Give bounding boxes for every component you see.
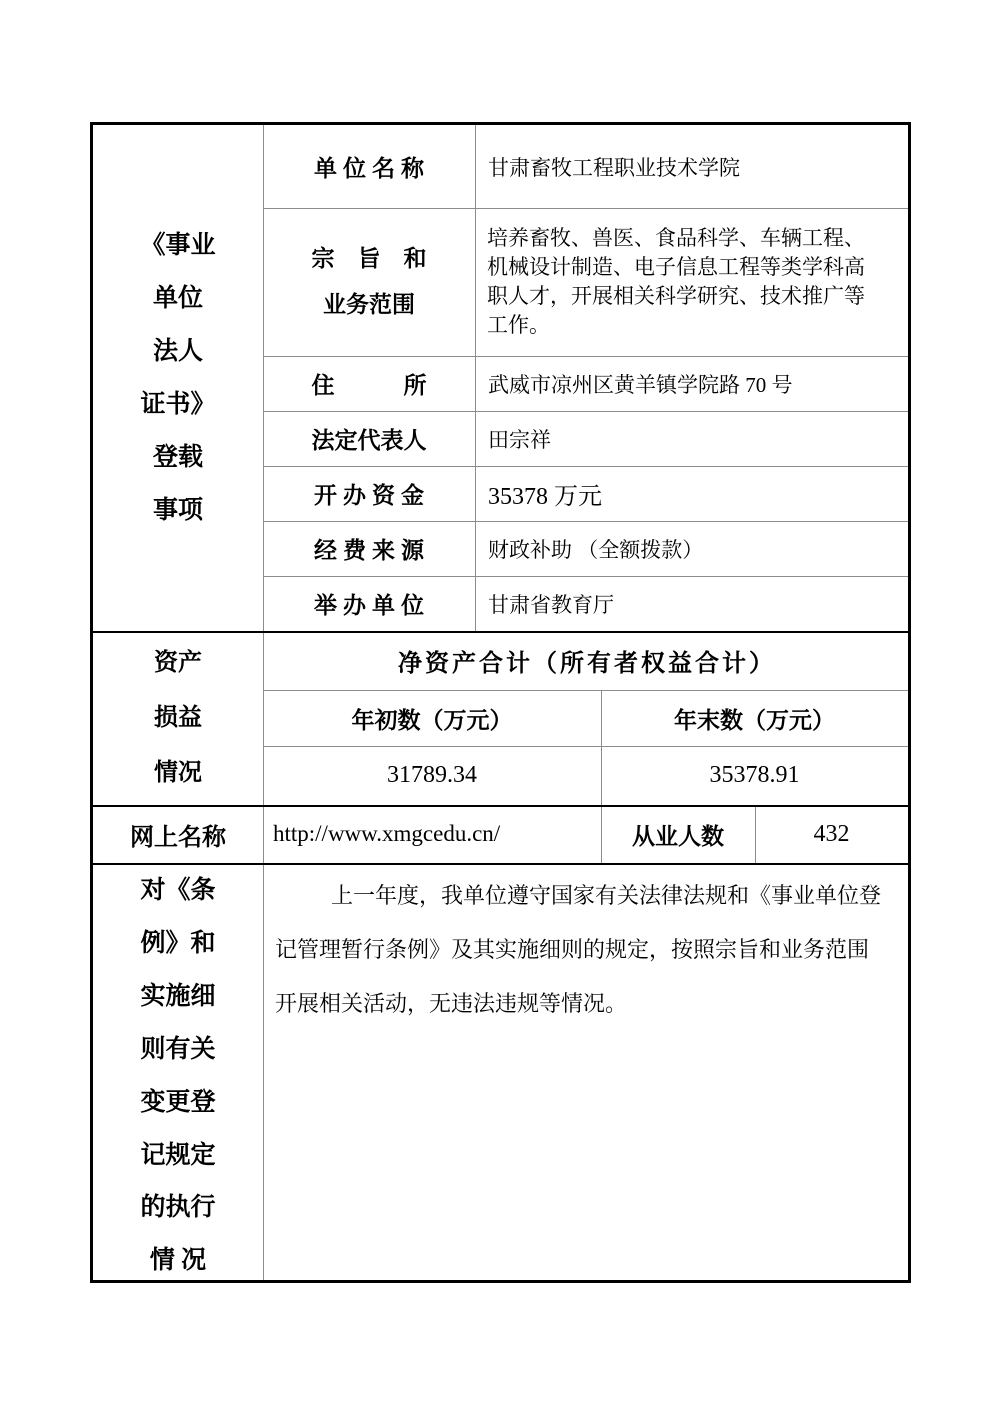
compliance-text-line: 开展相关活动，无违法违规等情况。 (275, 977, 896, 1031)
capital-value: 35378 万元 (475, 466, 908, 521)
address-label: 住 所 (263, 356, 475, 411)
unit-name-value: 甘肃畜牧工程职业技术学院 (475, 125, 908, 208)
document-page: 《事业 单位 法人 证书》 登载 事项 单位名称 甘肃畜牧工程职业技术学院 宗 … (0, 0, 1000, 1415)
net-assets-header: 净资产合计（所有者权益合计） (263, 631, 908, 690)
staff-count-label: 从业人数 (601, 805, 755, 863)
scope-value-line: 培养畜牧、兽医、食品科学、车辆工程、 (487, 224, 865, 253)
side-label-line: 损益 (154, 691, 202, 746)
side-label-line: 对《条 (140, 865, 215, 918)
side-label-line: 实施细 (140, 971, 215, 1024)
assets-section-side-label: 资产 损益 情况 (93, 631, 263, 805)
scope-value-line: 机械设计制造、电子信息工程等类学科高 (487, 253, 865, 282)
online-name-label: 网上名称 (93, 805, 263, 863)
year-start-value-text: 31789.34 (387, 762, 477, 789)
scope-label: 宗 旨 和 业务范围 (263, 208, 475, 356)
online-url-text: http://www.xmgcedu.cn/ (273, 821, 500, 847)
scope-value: 培养畜牧、兽医、食品科学、车辆工程、 机械设计制造、电子信息工程等类学科高 职人… (475, 208, 908, 356)
compliance-side-label: 对《条 例》和 实施细 则有关 变更登 记规定 的执行 情 况 (93, 863, 263, 1280)
year-start-header: 年初数（万元） (263, 690, 601, 746)
organizer-label-text: 举办单位 (308, 587, 430, 620)
net-assets-header-text: 净资产合计（所有者权益合计） (395, 643, 776, 678)
unit-name-label: 单位名称 (263, 125, 475, 208)
year-start-header-text: 年初数（万元） (352, 702, 513, 735)
organizer-label: 举办单位 (263, 576, 475, 631)
side-label-line: 记规定 (140, 1130, 215, 1183)
side-label-line: 的执行 (140, 1182, 215, 1235)
compliance-text-line: 上一年度，我单位遵守国家有关法律法规和《事业单位登 (275, 869, 896, 923)
year-end-value: 35378.91 (601, 746, 908, 805)
side-label-line: 法人 (153, 325, 203, 378)
staff-count-label-text: 从业人数 (632, 818, 724, 851)
organizer-text: 甘肃省教育厅 (488, 589, 614, 619)
address-text: 武威市凉州区黄羊镇学院路 70 号 (488, 369, 793, 399)
staff-count-text: 432 (814, 821, 850, 848)
funding-value: 财政补助 （全额拨款） (475, 521, 908, 576)
unit-name-label-text: 单位名称 (308, 150, 430, 183)
legal-rep-label: 法定代表人 (263, 411, 475, 466)
side-label-line: 事项 (153, 484, 203, 537)
funding-label-text: 经费来源 (308, 532, 430, 565)
side-label-line: 变更登 (140, 1077, 215, 1130)
legal-rep-label-text: 法定代表人 (312, 422, 427, 455)
registration-table: 《事业 单位 法人 证书》 登载 事项 单位名称 甘肃畜牧工程职业技术学院 宗 … (90, 122, 911, 1283)
side-label-line: 《事业 (140, 219, 215, 272)
year-end-header: 年末数（万元） (601, 690, 908, 746)
legal-rep-value: 田宗祥 (475, 411, 908, 466)
compliance-text-line: 记管理暂行条例》及其实施细则的规定，按照宗旨和业务范围 (275, 923, 896, 977)
year-end-value-text: 35378.91 (710, 762, 800, 789)
side-label-line: 单位 (153, 272, 203, 325)
scope-value-line: 职人才，开展相关科学研究、技术推广等 (487, 282, 865, 311)
year-end-header-text: 年末数（万元） (674, 702, 835, 735)
funding-text: 财政补助 （全额拨款） (488, 534, 703, 564)
side-label-line: 登载 (153, 431, 203, 484)
side-label-line: 证书》 (140, 378, 215, 431)
funding-label: 经费来源 (263, 521, 475, 576)
capital-text: 35378 万元 (488, 476, 602, 511)
cert-section-side-label: 《事业 单位 法人 证书》 登载 事项 (93, 125, 263, 631)
capital-label: 开办资金 (263, 466, 475, 521)
side-label-line: 例》和 (140, 918, 215, 971)
address-label-text: 住 所 (312, 367, 427, 400)
side-label-line: 资产 (154, 636, 202, 691)
scope-label-line: 业务范围 (323, 282, 415, 328)
address-value: 武威市凉州区黄羊镇学院路 70 号 (475, 356, 908, 411)
scope-label-line: 宗 旨 和 (312, 236, 427, 282)
scope-value-line: 工作。 (487, 311, 550, 340)
online-name-label-text: 网上名称 (130, 817, 226, 852)
organizer-value: 甘肃省教育厅 (475, 576, 908, 631)
capital-label-text: 开办资金 (308, 477, 430, 510)
side-label-line: 情 况 (150, 1235, 206, 1280)
side-label-line: 则有关 (140, 1024, 215, 1077)
staff-count-value: 432 (755, 805, 908, 863)
legal-rep-text: 田宗祥 (488, 424, 551, 454)
year-start-value: 31789.34 (263, 746, 601, 805)
compliance-statement: 上一年度，我单位遵守国家有关法律法规和《事业单位登 记管理暂行条例》及其实施细则… (263, 863, 908, 1280)
side-label-line: 情况 (154, 746, 202, 801)
online-name-url: http://www.xmgcedu.cn/ (263, 805, 601, 863)
unit-name-text: 甘肃畜牧工程职业技术学院 (488, 152, 740, 182)
